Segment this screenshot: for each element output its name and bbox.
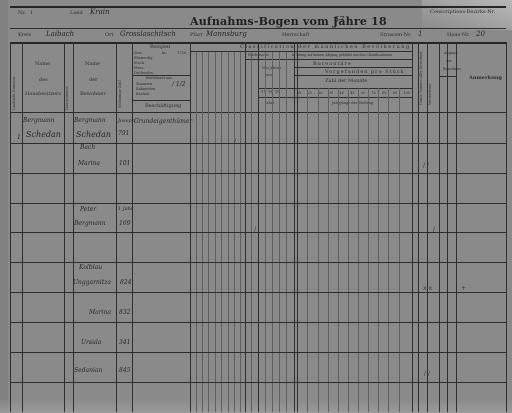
row-rule — [10, 173, 506, 174]
col-index-label: Laufende Nummer — [13, 80, 17, 110]
row1-age: Joseph — [118, 119, 135, 124]
sub-divider-2 — [294, 67, 412, 68]
rooms-handwritten: / 1/2 — [172, 82, 186, 88]
example-row-label: Stock — [134, 62, 144, 66]
column-rule-minor — [358, 88, 359, 412]
rooms-row-label: Kabinetten — [136, 88, 156, 92]
row8-number: 341 — [119, 340, 130, 346]
age-range: 80 — [393, 91, 397, 97]
column-rule — [116, 42, 117, 412]
column-rule-minor — [388, 88, 389, 412]
example-row-label: Ebenerdig — [134, 57, 152, 61]
column-rule — [412, 42, 413, 412]
housenum-label: Hausnummer — [66, 82, 70, 110]
column-rule — [64, 42, 65, 412]
ort-value: Grosslaschitsch — [120, 31, 176, 38]
sub-divider-3 — [294, 75, 412, 76]
column-rule — [506, 42, 507, 412]
column-rule — [427, 42, 428, 412]
age-range: 60 — [382, 91, 386, 97]
row4-mark: / — [433, 226, 435, 233]
column-rule-minor — [368, 88, 369, 412]
kreis-label: Kreis — [18, 33, 31, 38]
row-rule — [10, 322, 506, 323]
occupant-name-line3: Bewohner — [80, 92, 106, 97]
row7-occupant-last: Marina — [89, 310, 111, 316]
sub-divider — [245, 59, 412, 60]
column-rule-minor — [318, 88, 319, 412]
row-rule — [10, 352, 506, 353]
row4-mark-b: / — [254, 226, 256, 233]
row1-mark: / — [234, 138, 236, 145]
herrschaft-label: Herrschaft — [282, 33, 310, 38]
row1-occupation: Grundeigenthümer — [134, 119, 192, 125]
example-box-title: Beispiel — [150, 45, 170, 50]
head-name-line2: des — [39, 78, 48, 83]
occupant-number-label: Wohnungs-Zahl — [119, 80, 123, 108]
strasse-value: 1 — [418, 31, 422, 38]
age-range: 35 — [329, 91, 333, 97]
scan-edge — [0, 0, 8, 413]
column-rule — [73, 42, 74, 412]
header-divider — [10, 28, 506, 29]
occupation-label: Beschäftigung — [145, 104, 182, 109]
age-range-header: 20 25 30 35 40 45 50 55 60 80 100 — [297, 91, 410, 97]
row9-mark: / / — [424, 370, 430, 377]
right-col-2: Verstorbene — [429, 60, 433, 105]
row-rule — [10, 292, 506, 293]
row-rule — [10, 382, 506, 383]
column-rule-minor — [338, 88, 339, 412]
age-range: 55 — [372, 91, 376, 97]
row2-mark: / / — [423, 162, 429, 169]
column-rule-minor — [399, 88, 400, 412]
column-rule — [258, 42, 259, 412]
column-rule — [456, 42, 457, 412]
column-rule — [294, 42, 295, 412]
land-label: Land — [70, 11, 83, 16]
column-rule-minor — [348, 88, 349, 412]
reserve-label: In Bezug auf keinen Abgang gebildet aus … — [292, 54, 392, 57]
age-range: 25 — [308, 91, 312, 97]
pfarr-value: Mannsburg — [206, 31, 247, 38]
row1-index: 1 — [17, 135, 21, 141]
row7-number: 832 — [119, 310, 130, 316]
row6-occupant-last: Unggarnitza — [73, 280, 111, 286]
title-year: 57 — [334, 16, 344, 24]
example-row-label: Zins — [134, 52, 142, 56]
column-rule-minor — [328, 88, 329, 412]
abgang-line3: Bewohner — [443, 68, 461, 72]
row2-occupant-last: Marina — [78, 161, 100, 167]
rooms-row-label: Küchen — [136, 93, 149, 97]
classification-title: Classification der männlichen Bevölkerun… — [240, 45, 411, 50]
land-value: Krain — [90, 9, 110, 16]
column-rule-minor — [307, 88, 308, 412]
column-rule — [132, 42, 133, 412]
column-rule — [190, 42, 191, 412]
column-rule — [439, 42, 440, 412]
column-rule — [418, 42, 419, 412]
classification-divider — [190, 51, 412, 52]
row1-number: 791 — [118, 131, 129, 137]
document-sheet: Nr. 1 Land Krain Aufnahms-Bogen vom Jahr… — [0, 0, 512, 413]
example-col-label: kr. — [162, 52, 167, 56]
row6-occupant-first: Kolblau — [79, 265, 102, 271]
column-rule-minor — [378, 88, 379, 412]
row-rule — [10, 232, 506, 233]
age-small-footer: Jahre — [265, 102, 275, 106]
ort-label: Ort — [105, 33, 114, 38]
row4-occupant-last: Bergmann — [74, 221, 106, 227]
head-name-line1: Name — [35, 62, 50, 67]
paper-curl — [422, 0, 512, 30]
column-rule — [10, 42, 11, 412]
row-rule — [10, 203, 506, 204]
top-border — [10, 6, 506, 8]
row6-mark-plus: + — [461, 285, 466, 292]
alter-label: Zahl der Monate — [325, 79, 367, 84]
haus-value: 20 — [476, 31, 485, 38]
nr-value: 1 — [30, 11, 33, 16]
occupant-name-line1: Name — [85, 62, 100, 67]
column-rule — [447, 42, 448, 412]
row1-head-first: Bergmann — [23, 118, 55, 124]
example-row-label: Mezz. — [134, 67, 144, 71]
column-rule — [22, 42, 23, 412]
pfarr-label: Pfarr — [190, 33, 203, 38]
age-range: 100 — [404, 91, 410, 97]
rooms-box-title: Bestehend aus — [146, 77, 172, 81]
paper-bottom-edge — [0, 399, 512, 413]
strasse-label: Strassen-Nr. — [380, 33, 412, 38]
row4-number: 169 — [119, 221, 130, 227]
row9-occupant-last: Sedanian — [74, 368, 102, 374]
row9-number: 845 — [119, 368, 130, 374]
occupant-name-line2: der — [89, 78, 98, 83]
row2-occupant-first: Bach — [80, 145, 95, 151]
column-rule — [297, 42, 298, 412]
age-range: 40 — [340, 91, 344, 97]
row8-occupant-last: Ursula — [81, 340, 101, 346]
row6-number: 824 — [120, 280, 131, 286]
row1-occupant-first: Bergmann — [74, 118, 106, 124]
row4-occupant-first: Peter — [80, 207, 96, 213]
row-rule — [10, 262, 506, 263]
rooms-row-label: Zimmern — [136, 83, 152, 87]
row1-head-last: Schedan — [26, 131, 61, 139]
row6-mark: x x — [423, 285, 432, 292]
remark-label: Anmerkung — [469, 76, 502, 81]
column-rule — [245, 42, 246, 412]
kreis-value: Laibach — [46, 31, 74, 38]
haus-label: Haus-Nr. — [447, 33, 470, 38]
row4-age: 1 Jahr — [118, 207, 133, 212]
age-range: 50 — [361, 91, 365, 97]
right-col-1: Ganze Summe aller Bewohner — [420, 60, 424, 105]
head-name-line3: Hausbesitzers — [25, 92, 61, 97]
age-range: 45 — [350, 91, 354, 97]
row1-occupant-last: Schedan — [76, 131, 111, 139]
occupation-divider — [132, 100, 190, 101]
form-title: Aufnahms-Bogen vom Jahre 18 — [190, 16, 387, 27]
nr-label: Nr. — [18, 11, 26, 16]
example-col-label: 1758 — [177, 52, 186, 56]
row2-number: 101 — [119, 161, 130, 167]
conscriptions-label: Conscriptions-Bezirks-Nr. — [430, 10, 495, 15]
